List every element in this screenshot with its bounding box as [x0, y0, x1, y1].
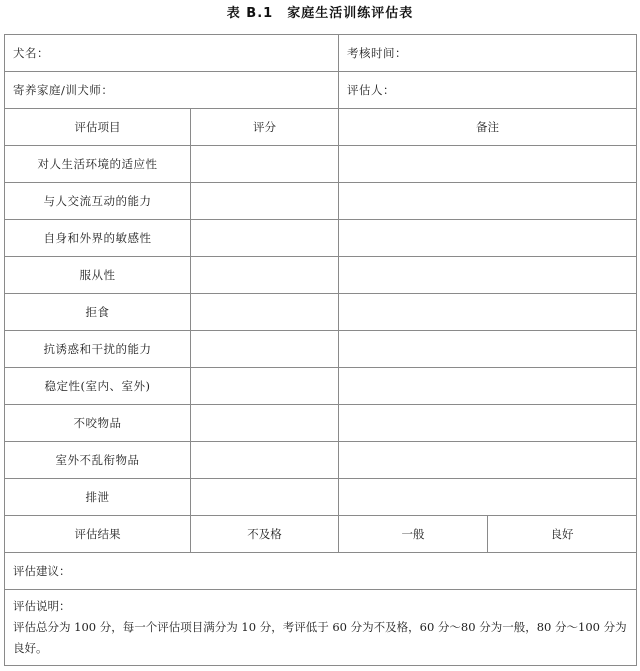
remark-cell[interactable]: [339, 479, 637, 516]
score-cell[interactable]: [191, 368, 339, 405]
result-option-good[interactable]: 良好: [488, 516, 637, 553]
explanation-label: 评估说明：: [13, 596, 628, 617]
score-cell[interactable]: [191, 257, 339, 294]
table-number: 表 B.1: [227, 6, 273, 21]
remark-cell[interactable]: [339, 442, 637, 479]
score-cell[interactable]: [191, 220, 339, 257]
score-cell[interactable]: [191, 294, 339, 331]
table-row: 稳定性(室内、室外): [5, 368, 637, 405]
suggestion-label: 评估建议：: [13, 564, 71, 578]
table-row: 抗诱惑和干扰的能力: [5, 331, 637, 368]
score-cell[interactable]: [191, 146, 339, 183]
item-name: 室外不乱衔物品: [5, 442, 191, 479]
remark-cell[interactable]: [339, 405, 637, 442]
suggestion-row: 评估建议：: [5, 553, 637, 590]
foster-trainer-field[interactable]: 寄养家庭/训犬师：: [5, 72, 339, 109]
table-row: 对人生活环境的适应性: [5, 146, 637, 183]
remark-cell[interactable]: [339, 146, 637, 183]
assessor-label: 评估人：: [347, 83, 395, 97]
explanation-row: 评估说明： 评估总分为 100 分，每一个评估项目满分为 10 分，考评低于 6…: [5, 590, 637, 666]
item-name: 自身和外界的敏感性: [5, 220, 191, 257]
score-cell[interactable]: [191, 331, 339, 368]
table-row: 拒食: [5, 294, 637, 331]
remark-cell[interactable]: [339, 220, 637, 257]
info-row-2: 寄养家庭/训犬师： 评估人：: [5, 72, 637, 109]
remark-cell[interactable]: [339, 294, 637, 331]
header-row: 评估项目 评分 备注: [5, 109, 637, 146]
table-row: 排泄: [5, 479, 637, 516]
result-option-average[interactable]: 一般: [339, 516, 488, 553]
foster-trainer-label: 寄养家庭/训犬师：: [13, 83, 113, 97]
table-row: 自身和外界的敏感性: [5, 220, 637, 257]
result-option-fail[interactable]: 不及格: [191, 516, 339, 553]
explanation-cell: 评估说明： 评估总分为 100 分，每一个评估项目满分为 10 分，考评低于 6…: [5, 590, 637, 666]
remark-cell[interactable]: [339, 257, 637, 294]
evaluation-form-table: 犬名： 考核时间： 寄养家庭/训犬师： 评估人： 评估项目 评分 备注 对人生活…: [4, 34, 637, 666]
header-item: 评估项目: [5, 109, 191, 146]
item-name: 服从性: [5, 257, 191, 294]
item-name: 抗诱惑和干扰的能力: [5, 331, 191, 368]
table-row: 不咬物品: [5, 405, 637, 442]
item-name: 排泄: [5, 479, 191, 516]
remark-cell[interactable]: [339, 331, 637, 368]
table-row: 室外不乱衔物品: [5, 442, 637, 479]
table-title: 表 B.1家庭生活训练评估表: [0, 2, 640, 21]
score-cell[interactable]: [191, 479, 339, 516]
info-row-1: 犬名： 考核时间：: [5, 35, 637, 72]
item-name: 与人交流互动的能力: [5, 183, 191, 220]
remark-cell[interactable]: [339, 183, 637, 220]
exam-time-label: 考核时间：: [347, 46, 407, 60]
item-name: 稳定性(室内、室外): [5, 368, 191, 405]
remark-cell[interactable]: [339, 368, 637, 405]
suggestion-field[interactable]: 评估建议：: [5, 553, 637, 590]
score-cell[interactable]: [191, 405, 339, 442]
result-row: 评估结果 不及格 一般 良好: [5, 516, 637, 553]
table-title-text: 家庭生活训练评估表: [287, 6, 413, 21]
score-cell[interactable]: [191, 442, 339, 479]
exam-time-field[interactable]: 考核时间：: [339, 35, 637, 72]
table-row: 与人交流互动的能力: [5, 183, 637, 220]
assessor-field[interactable]: 评估人：: [339, 72, 637, 109]
item-name: 拒食: [5, 294, 191, 331]
dog-name-field[interactable]: 犬名：: [5, 35, 339, 72]
item-name: 不咬物品: [5, 405, 191, 442]
explanation-text: 评估总分为 100 分，每一个评估项目满分为 10 分，考评低于 60 分为不及…: [13, 617, 628, 659]
dog-name-label: 犬名：: [13, 46, 49, 60]
item-name: 对人生活环境的适应性: [5, 146, 191, 183]
score-cell[interactable]: [191, 183, 339, 220]
header-remark: 备注: [339, 109, 637, 146]
table-row: 服从性: [5, 257, 637, 294]
result-label: 评估结果: [5, 516, 191, 553]
header-score: 评分: [191, 109, 339, 146]
